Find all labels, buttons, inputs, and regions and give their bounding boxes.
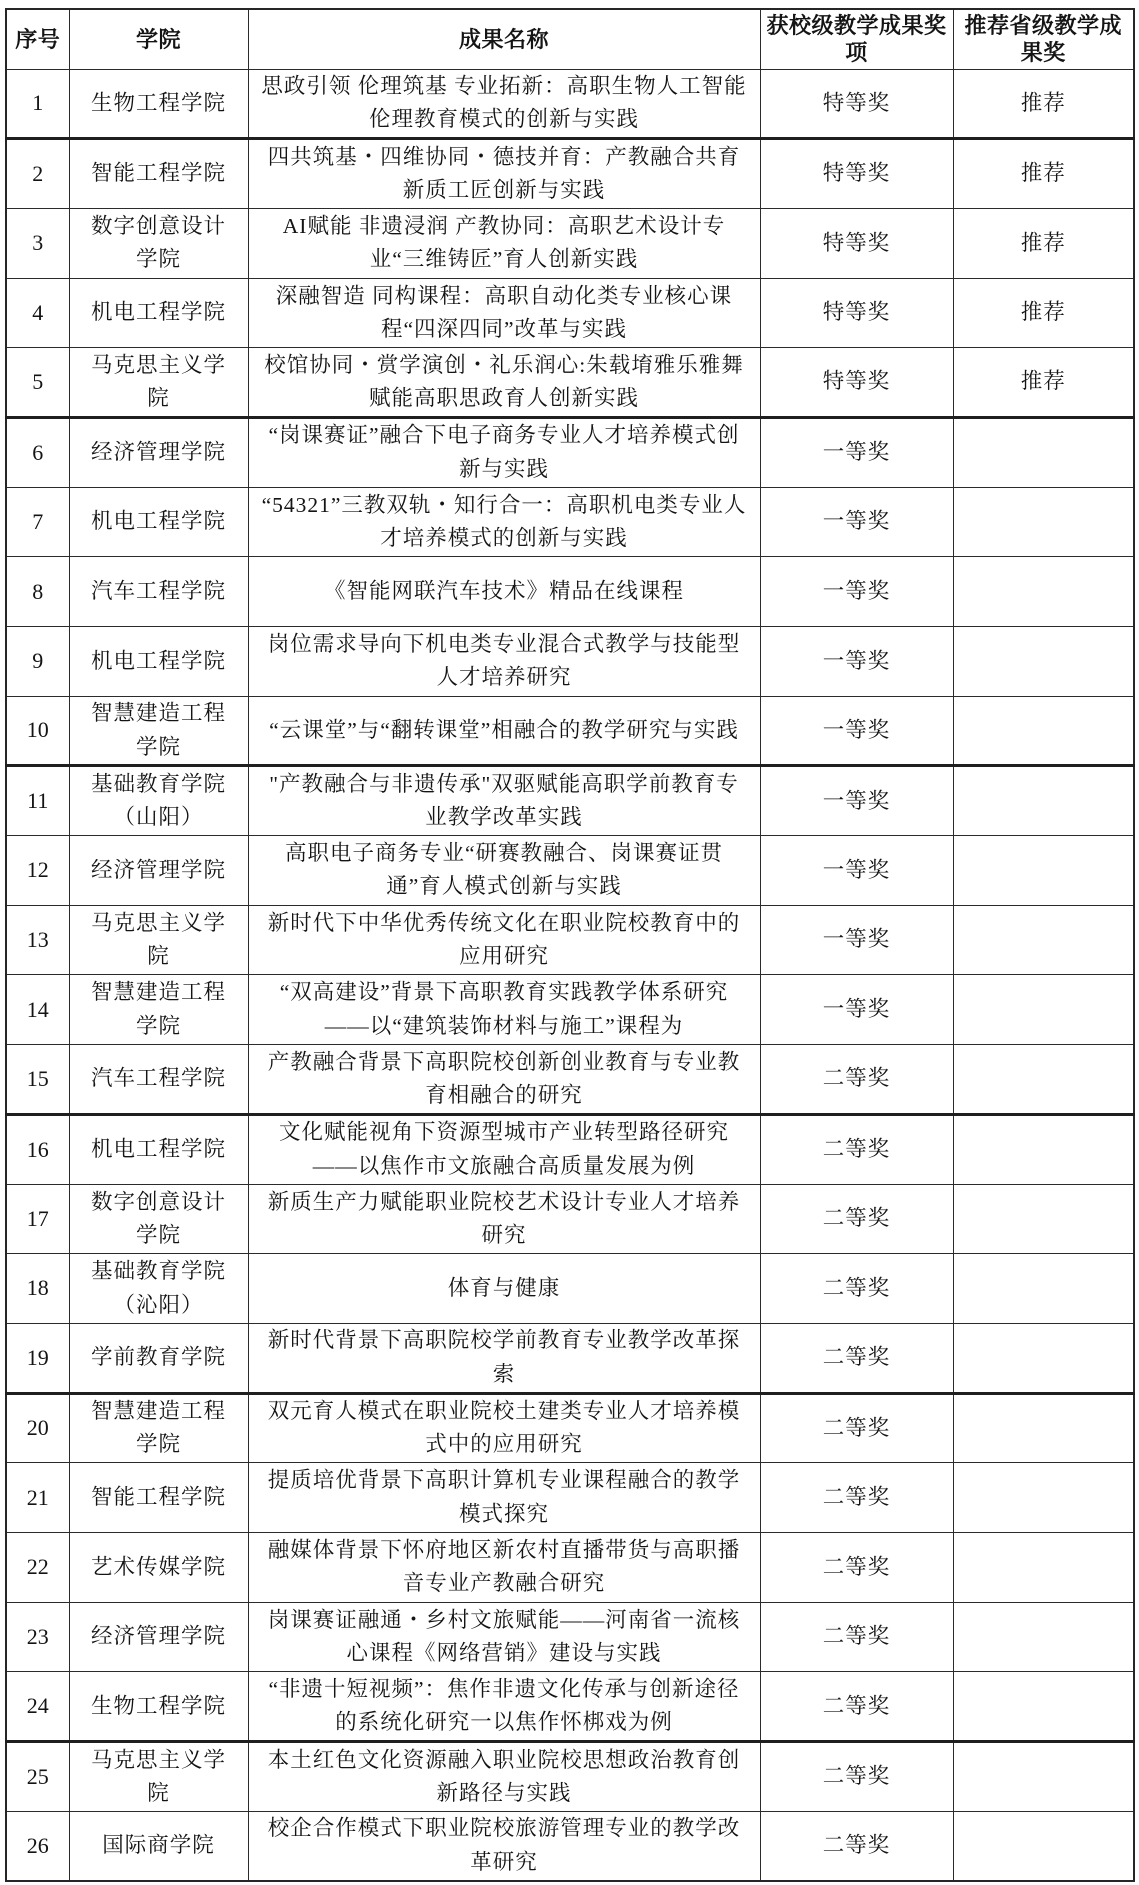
cell-index: 10 [6,696,69,766]
cell-name: 新质生产力赋能职业院校艺术设计专业人才培养研究 [248,1184,760,1254]
cell-recommend [953,1811,1134,1881]
table-row: 17 数字创意设计学院 新质生产力赋能职业院校艺术设计专业人才培养研究 二等奖 [6,1184,1134,1254]
table-row: 3 数字创意设计学院 AI赋能 非遗浸润 产教协同：高职艺术设计专业“三维铸匠”… [6,208,1134,278]
table-row: 14 智慧建造工程学院 “双高建设”背景下高职教育实践教学体系研究——以“建筑装… [6,975,1134,1045]
table-row: 10 智慧建造工程学院 “云课堂”与“翻转课堂”相融合的教学研究与实践 一等奖 [6,696,1134,766]
cell-college: 智慧建造工程学院 [69,975,248,1045]
table-row: 23 经济管理学院 岗课赛证融通・乡村文旅赋能——河南省一流核心课程《网络营销》… [6,1602,1134,1672]
cell-award: 一等奖 [760,487,953,557]
cell-college: 马克思主义学院 [69,1742,248,1812]
table-row: 21 智能工程学院 提质培优背景下高职计算机专业课程融合的教学模式探究 二等奖 [6,1463,1134,1533]
cell-recommend [953,417,1134,487]
cell-index: 7 [6,487,69,557]
cell-index: 23 [6,1602,69,1672]
cell-index: 21 [6,1463,69,1533]
cell-recommend [953,487,1134,557]
awards-table: 序号 学院 成果名称 获校级教学成果奖项 推荐省级教学成果奖 1 生物工程学院 … [5,8,1135,1882]
cell-award: 二等奖 [760,1184,953,1254]
cell-name: 产教融合背景下高职院校创新创业教育与专业教育相融合的研究 [248,1045,760,1115]
cell-recommend [953,557,1134,627]
table-row: 11 基础教育学院（山阳） "产教融合与非遗传承"双驱赋能高职学前教育专业教学改… [6,766,1134,836]
table-row: 13 马克思主义学院 新时代下中华优秀传统文化在职业院校教育中的应用研究 一等奖 [6,905,1134,975]
cell-college: 经济管理学院 [69,836,248,906]
cell-name: 《智能网联汽车技术》精品在线课程 [248,557,760,627]
cell-college: 数字创意设计学院 [69,208,248,278]
cell-name: 岗课赛证融通・乡村文旅赋能——河南省一流核心课程《网络营销》建设与实践 [248,1602,760,1672]
cell-recommend [953,1463,1134,1533]
cell-award: 二等奖 [760,1114,953,1184]
cell-index: 18 [6,1254,69,1324]
cell-recommend: 推荐 [953,139,1134,209]
table-row: 6 经济管理学院 “岗课赛证”融合下电子商务专业人才培养模式创新与实践 一等奖 [6,417,1134,487]
cell-index: 17 [6,1184,69,1254]
col-header-name: 成果名称 [248,9,760,69]
table-row: 7 机电工程学院 “54321”三教双轨・知行合一：高职机电类专业人才培养模式的… [6,487,1134,557]
cell-name: “54321”三教双轨・知行合一：高职机电类专业人才培养模式的创新与实践 [248,487,760,557]
cell-index: 19 [6,1323,69,1393]
cell-award: 一等奖 [760,836,953,906]
cell-award: 一等奖 [760,627,953,697]
cell-index: 8 [6,557,69,627]
cell-award: 特等奖 [760,69,953,139]
cell-index: 22 [6,1532,69,1602]
cell-name: 校馆协同・赏学演创・礼乐润心:朱载堉雅乐雅舞赋能高职思政育人创新实践 [248,348,760,418]
cell-index: 6 [6,417,69,487]
cell-index: 16 [6,1114,69,1184]
table-row: 19 学前教育学院 新时代背景下高职院校学前教育专业教学改革探索 二等奖 [6,1323,1134,1393]
table-row: 25 马克思主义学院 本土红色文化资源融入职业院校思想政治教育创新路径与实践 二… [6,1742,1134,1812]
cell-college: 生物工程学院 [69,69,248,139]
cell-name: 新时代背景下高职院校学前教育专业教学改革探索 [248,1323,760,1393]
cell-recommend: 推荐 [953,348,1134,418]
table-row: 16 机电工程学院 文化赋能视角下资源型城市产业转型路径研究——以焦作市文旅融合… [6,1114,1134,1184]
cell-name: 本土红色文化资源融入职业院校思想政治教育创新路径与实践 [248,1742,760,1812]
cell-name: “双高建设”背景下高职教育实践教学体系研究——以“建筑装饰材料与施工”课程为 [248,975,760,1045]
cell-award: 二等奖 [760,1532,953,1602]
cell-college: 汽车工程学院 [69,557,248,627]
cell-recommend: 推荐 [953,278,1134,348]
cell-recommend [953,1672,1134,1742]
cell-recommend [953,1114,1134,1184]
col-header-index: 序号 [6,9,69,69]
table-row: 2 智能工程学院 四共筑基・四维协同・德技并育：产教融合共育新质工匠创新与实践 … [6,139,1134,209]
table-row: 8 汽车工程学院 《智能网联汽车技术》精品在线课程 一等奖 [6,557,1134,627]
cell-college: 智慧建造工程学院 [69,1393,248,1463]
cell-index: 1 [6,69,69,139]
cell-award: 特等奖 [760,278,953,348]
cell-recommend: 推荐 [953,69,1134,139]
table-row: 18 基础教育学院（沁阳） 体育与健康 二等奖 [6,1254,1134,1324]
cell-award: 二等奖 [760,1045,953,1115]
cell-award: 一等奖 [760,557,953,627]
cell-award: 二等奖 [760,1602,953,1672]
cell-name: “岗课赛证”融合下电子商务专业人才培养模式创新与实践 [248,417,760,487]
cell-name: 四共筑基・四维协同・德技并育：产教融合共育新质工匠创新与实践 [248,139,760,209]
cell-index: 2 [6,139,69,209]
cell-award: 二等奖 [760,1254,953,1324]
cell-name: 校企合作模式下职业院校旅游管理专业的教学改革研究 [248,1811,760,1881]
cell-index: 3 [6,208,69,278]
cell-index: 11 [6,766,69,836]
cell-index: 4 [6,278,69,348]
cell-name: "产教融合与非遗传承"双驱赋能高职学前教育专业教学改革实践 [248,766,760,836]
cell-recommend [953,627,1134,697]
cell-name: “云课堂”与“翻转课堂”相融合的教学研究与实践 [248,696,760,766]
cell-college: 经济管理学院 [69,1602,248,1672]
cell-name: 岗位需求导向下机电类专业混合式教学与技能型人才培养研究 [248,627,760,697]
cell-index: 14 [6,975,69,1045]
cell-recommend [953,1045,1134,1115]
cell-college: 马克思主义学院 [69,905,248,975]
cell-college: 智能工程学院 [69,1463,248,1533]
cell-recommend [953,975,1134,1045]
table-row: 26 国际商学院 校企合作模式下职业院校旅游管理专业的教学改革研究 二等奖 [6,1811,1134,1881]
cell-college: 机电工程学院 [69,1114,248,1184]
cell-recommend [953,836,1134,906]
cell-award: 特等奖 [760,348,953,418]
cell-recommend [953,1184,1134,1254]
document-page: 序号 学院 成果名称 获校级教学成果奖项 推荐省级教学成果奖 1 生物工程学院 … [0,0,1139,1885]
cell-award: 一等奖 [760,905,953,975]
cell-award: 一等奖 [760,766,953,836]
cell-name: 新时代下中华优秀传统文化在职业院校教育中的应用研究 [248,905,760,975]
cell-index: 9 [6,627,69,697]
table-row: 15 汽车工程学院 产教融合背景下高职院校创新创业教育与专业教育相融合的研究 二… [6,1045,1134,1115]
cell-college: 生物工程学院 [69,1672,248,1742]
table-row: 5 马克思主义学院 校馆协同・赏学演创・礼乐润心:朱载堉雅乐雅舞赋能高职思政育人… [6,348,1134,418]
cell-recommend [953,696,1134,766]
table-row: 24 生物工程学院 “非遗十短视频”：焦作非遗文化传承与创新途径的系统化研究一以… [6,1672,1134,1742]
cell-award: 二等奖 [760,1811,953,1881]
cell-award: 二等奖 [760,1463,953,1533]
cell-index: 13 [6,905,69,975]
table-row: 12 经济管理学院 高职电子商务专业“研赛教融合、岗课赛证贯通”育人模式创新与实… [6,836,1134,906]
cell-college: 机电工程学院 [69,487,248,557]
table-row: 1 生物工程学院 思政引领 伦理筑基 专业拓新：高职生物人工智能伦理教育模式的创… [6,69,1134,139]
cell-award: 特等奖 [760,139,953,209]
cell-name: 深融智造 同构课程：高职自动化类专业核心课程“四深四同”改革与实践 [248,278,760,348]
cell-name: 提质培优背景下高职计算机专业课程融合的教学模式探究 [248,1463,760,1533]
cell-award: 一等奖 [760,417,953,487]
cell-college: 国际商学院 [69,1811,248,1881]
cell-college: 数字创意设计学院 [69,1184,248,1254]
cell-college: 机电工程学院 [69,278,248,348]
cell-name: 高职电子商务专业“研赛教融合、岗课赛证贯通”育人模式创新与实践 [248,836,760,906]
cell-college: 经济管理学院 [69,417,248,487]
cell-name: 双元育人模式在职业院校土建类专业人才培养模式中的应用研究 [248,1393,760,1463]
cell-recommend [953,905,1134,975]
cell-index: 5 [6,348,69,418]
cell-name: 思政引领 伦理筑基 专业拓新：高职生物人工智能伦理教育模式的创新与实践 [248,69,760,139]
cell-index: 25 [6,1742,69,1812]
cell-award: 二等奖 [760,1323,953,1393]
cell-recommend [953,766,1134,836]
cell-recommend [953,1532,1134,1602]
cell-recommend [953,1742,1134,1812]
table-row: 22 艺术传媒学院 融媒体背景下怀府地区新农村直播带货与高职播音专业产教融合研究… [6,1532,1134,1602]
cell-name: AI赋能 非遗浸润 产教协同：高职艺术设计专业“三维铸匠”育人创新实践 [248,208,760,278]
table-header: 序号 学院 成果名称 获校级教学成果奖项 推荐省级教学成果奖 [6,9,1134,69]
col-header-college: 学院 [69,9,248,69]
cell-college: 智慧建造工程学院 [69,696,248,766]
cell-index: 12 [6,836,69,906]
cell-college: 艺术传媒学院 [69,1532,248,1602]
cell-college: 学前教育学院 [69,1323,248,1393]
col-header-award: 获校级教学成果奖项 [760,9,953,69]
cell-name: 体育与健康 [248,1254,760,1324]
cell-college: 机电工程学院 [69,627,248,697]
cell-recommend [953,1323,1134,1393]
cell-award: 二等奖 [760,1672,953,1742]
col-header-recommend: 推荐省级教学成果奖 [953,9,1134,69]
cell-name: “非遗十短视频”：焦作非遗文化传承与创新途径的系统化研究一以焦作怀梆戏为例 [248,1672,760,1742]
cell-award: 特等奖 [760,208,953,278]
cell-award: 二等奖 [760,1393,953,1463]
cell-award: 二等奖 [760,1742,953,1812]
cell-recommend [953,1393,1134,1463]
cell-name: 融媒体背景下怀府地区新农村直播带货与高职播音专业产教融合研究 [248,1532,760,1602]
cell-recommend: 推荐 [953,208,1134,278]
table-row: 4 机电工程学院 深融智造 同构课程：高职自动化类专业核心课程“四深四同”改革与… [6,278,1134,348]
table-row: 9 机电工程学院 岗位需求导向下机电类专业混合式教学与技能型人才培养研究 一等奖 [6,627,1134,697]
cell-award: 一等奖 [760,975,953,1045]
cell-recommend [953,1254,1134,1324]
cell-recommend [953,1602,1134,1672]
cell-award: 一等奖 [760,696,953,766]
header-row: 序号 学院 成果名称 获校级教学成果奖项 推荐省级教学成果奖 [6,9,1134,69]
cell-name: 文化赋能视角下资源型城市产业转型路径研究——以焦作市文旅融合高质量发展为例 [248,1114,760,1184]
table-body: 1 生物工程学院 思政引领 伦理筑基 专业拓新：高职生物人工智能伦理教育模式的创… [6,69,1134,1881]
cell-index: 24 [6,1672,69,1742]
cell-college: 基础教育学院（山阳） [69,766,248,836]
cell-index: 26 [6,1811,69,1881]
cell-index: 15 [6,1045,69,1115]
cell-index: 20 [6,1393,69,1463]
cell-college: 智能工程学院 [69,139,248,209]
table-row: 20 智慧建造工程学院 双元育人模式在职业院校土建类专业人才培养模式中的应用研究… [6,1393,1134,1463]
cell-college: 马克思主义学院 [69,348,248,418]
cell-college: 汽车工程学院 [69,1045,248,1115]
cell-college: 基础教育学院（沁阳） [69,1254,248,1324]
